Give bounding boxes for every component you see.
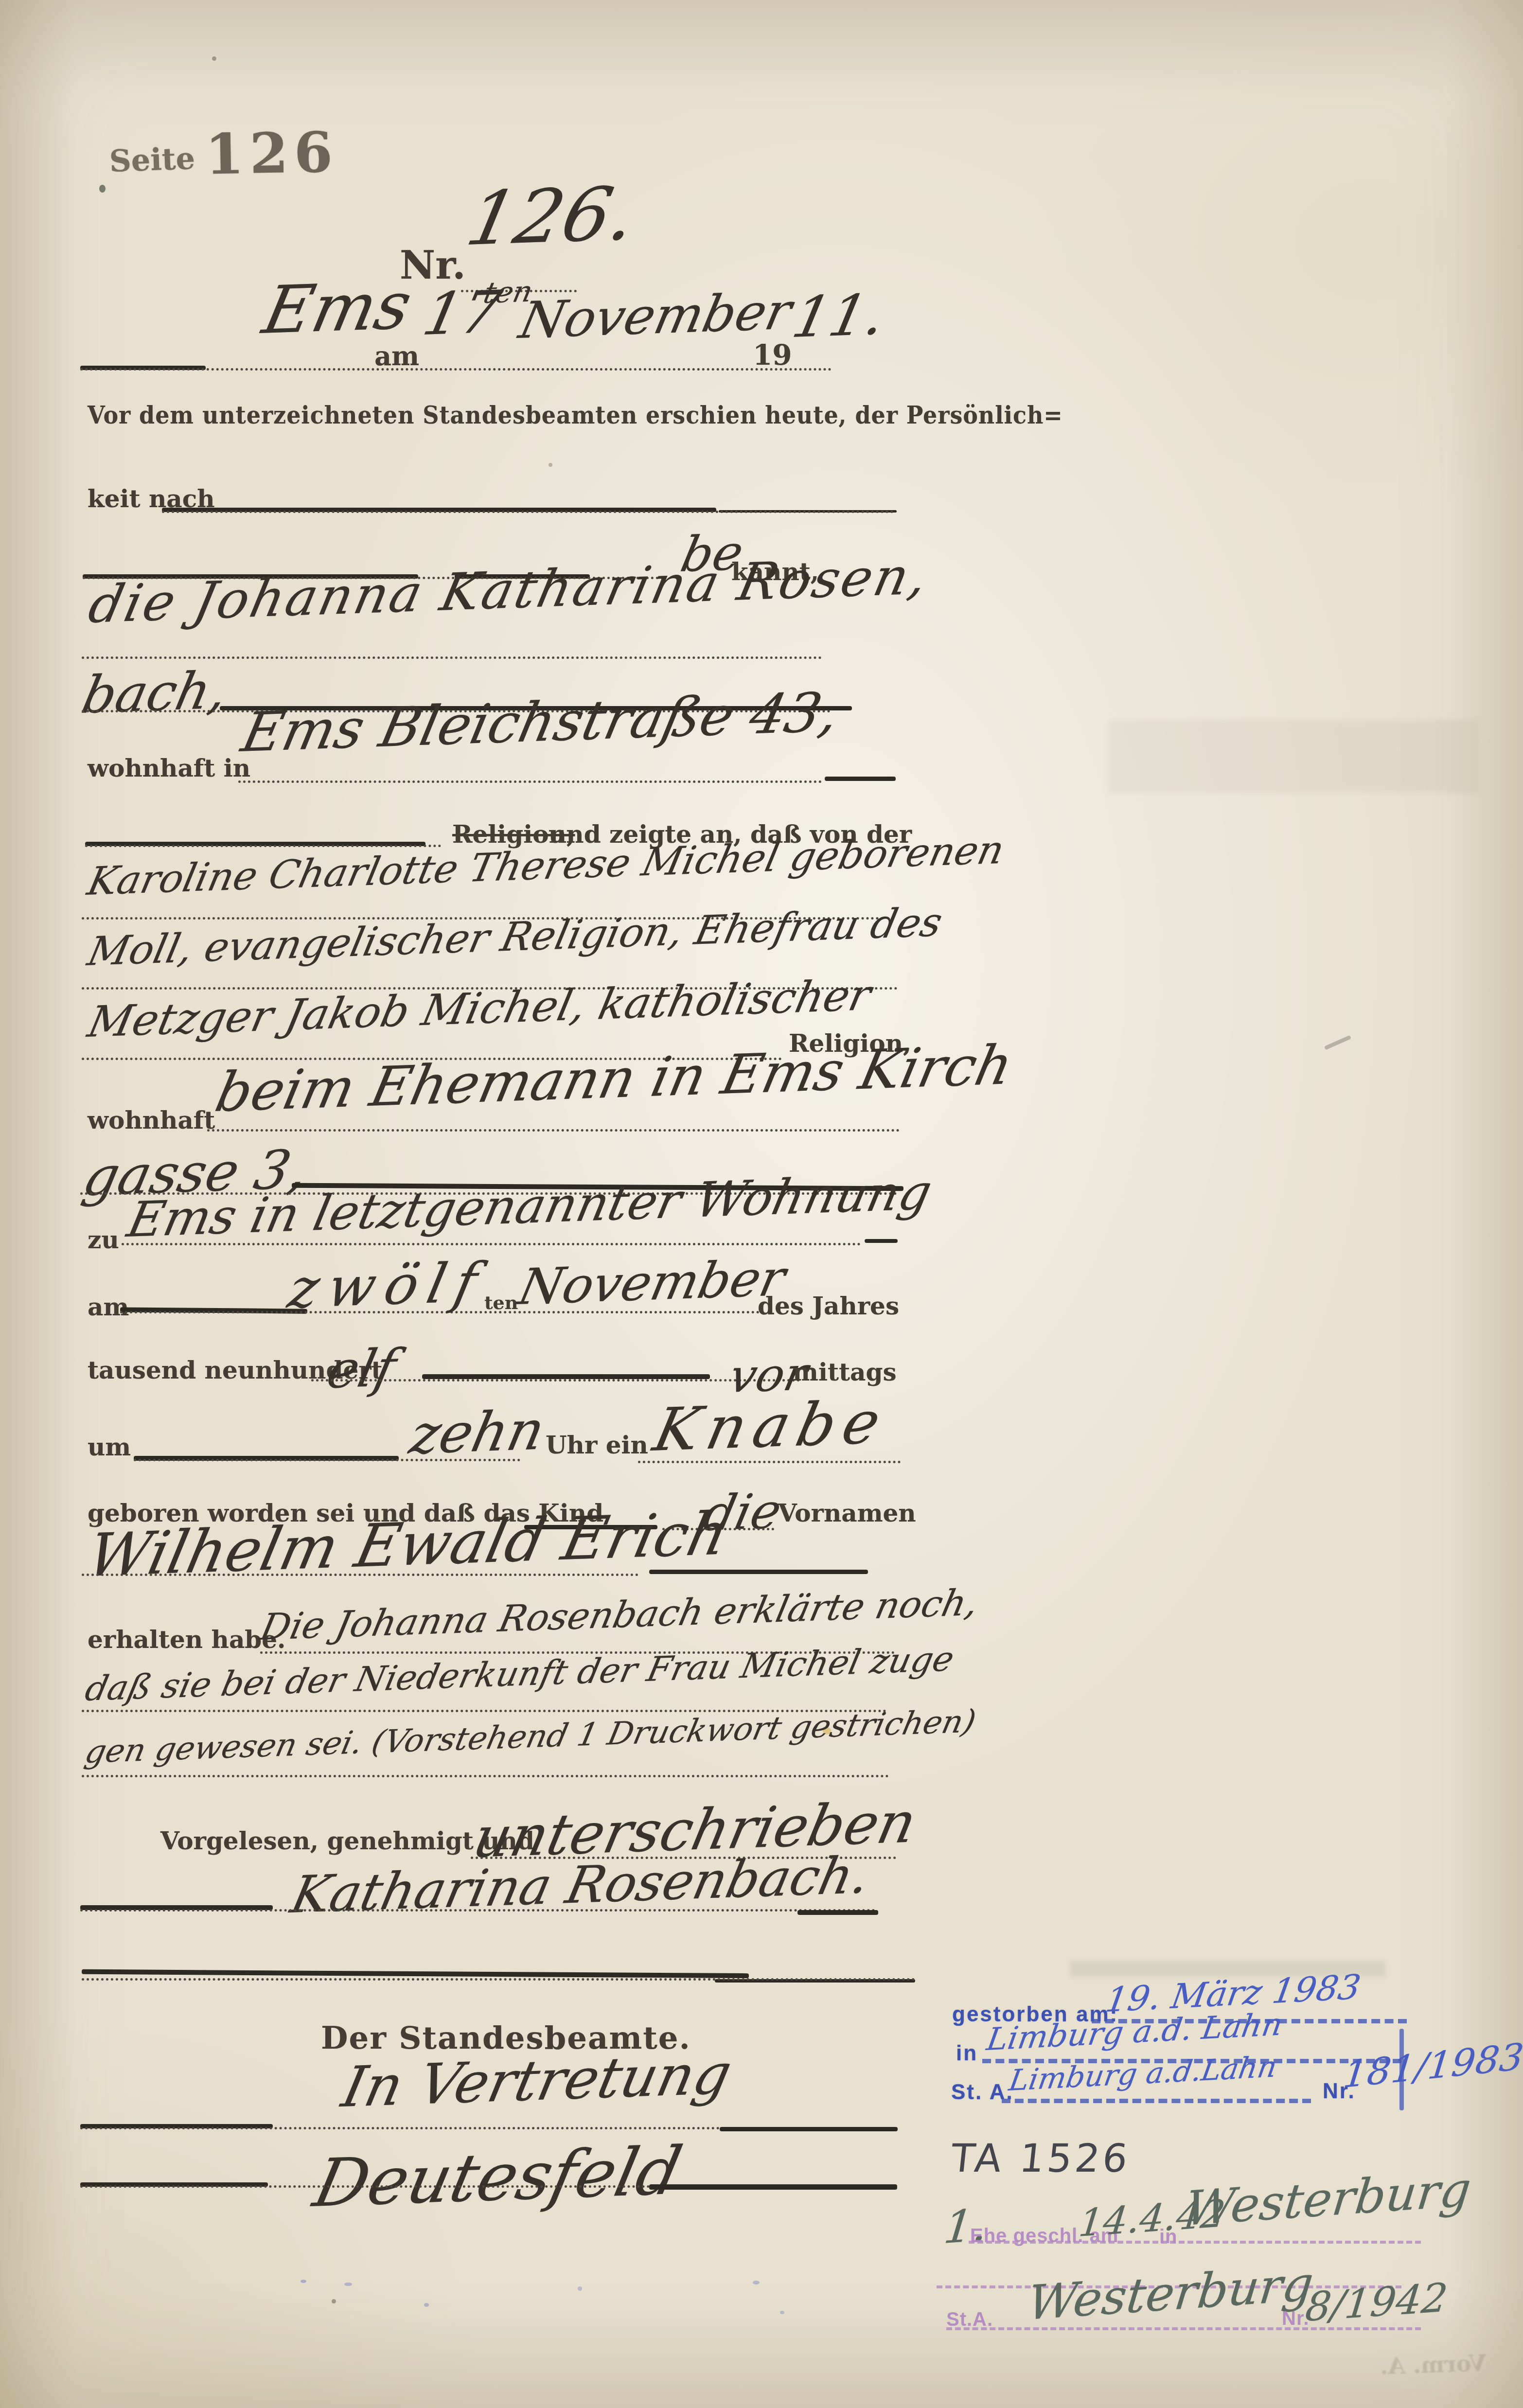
names-rule-solid [649, 1570, 868, 1574]
des-jahres-label: des Jahres [758, 1292, 899, 1320]
death-stamp-nr-value: 181/1983 [1341, 2035, 1523, 2096]
dateline-rule [80, 368, 832, 371]
declarant-rule1 [82, 656, 822, 659]
deputy-rule-solid-right [720, 2127, 898, 2131]
year-rule [311, 1379, 800, 1381]
religion-blank-rule [85, 845, 441, 847]
names-rule [82, 1574, 638, 1576]
birth-register-page: Seite 126 Nr. 126. Ems am 17 ten Novembe… [0, 0, 1523, 2408]
residence-rule-solid [825, 777, 896, 781]
birthdate-day: zwölf [283, 1251, 493, 1321]
bleedthrough-ghost-text: Vorm. A. [1380, 2350, 1487, 2380]
paper-speck [212, 56, 216, 61]
dateline-year-hand: 11. [787, 282, 891, 351]
declarant-name-line2: bach, [77, 660, 233, 725]
archive-note: TA 1526 [949, 2136, 1133, 2181]
registrar-rule-solid-right [649, 2184, 897, 2190]
dateline-year-printed: 19 [753, 338, 792, 372]
time-hour: zehn [405, 1399, 550, 1467]
declarant-residence: Ems Bleichstraße 43, [236, 681, 845, 764]
intro-line1: Vor dem unterzeichneten Standesbeamten e… [88, 401, 1063, 429]
sex-rule [638, 1461, 901, 1463]
signature-rule [80, 1909, 875, 1912]
declarant-signature: Katharina Rosenbach. [286, 1845, 875, 1925]
birthplace-rule [122, 1243, 861, 1245]
dateline-am-label: am [374, 340, 419, 372]
declaration-line3: gen gewesen sei. (Vorstehend 1 Druckwort… [82, 1703, 979, 1771]
marriage-in-label: in [1159, 2226, 1178, 2248]
ink-speck-blue [780, 2311, 784, 2314]
section-divider-rule [82, 1978, 915, 1981]
marriage-sta-place-hand: Westerburg [1025, 2256, 1316, 2331]
death-stamp-sta-value: Limburg a.d.Lahn [1007, 2050, 1279, 2098]
paper-speck [549, 463, 552, 467]
declaration-line1: Die Johanna Rosenbach erklärte noch, [257, 1581, 982, 1648]
marriage-nr-value-hand: 8/1942 [1303, 2275, 1450, 2331]
ink-speck-blue [301, 2280, 306, 2283]
uhr-ein-label: Uhr ein [546, 1431, 648, 1459]
residence2-line1: beim Ehemann in Ems Kirch [210, 1034, 1018, 1124]
marriage-place-hand: Westerburg [1183, 2162, 1474, 2237]
birthdate-ten-label: ten [484, 1292, 518, 1313]
marriage-rule1 [969, 2241, 1421, 2244]
residence-label: wohnhaft in [88, 754, 250, 782]
father-line: Metzger Jakob Michel, katholischer [84, 970, 875, 1047]
registrar-deputy-hand: In Vertretung [336, 2042, 737, 2120]
page-number-stamp-value: 126 [205, 120, 339, 187]
mittags-label: mittags [793, 1358, 897, 1386]
record-number-value: 126. [460, 170, 644, 262]
identity-rule [162, 511, 894, 513]
ink-smudge [1324, 1035, 1351, 1050]
dateline-place: Ems [257, 267, 418, 349]
registrar-signature: Deutesfeld [307, 2133, 688, 2222]
bleedthrough-smear [1109, 720, 1478, 793]
residence2-rule [207, 1129, 900, 1132]
vornamen-label: Vornamen [778, 1499, 916, 1527]
signature-rule-solid-right [797, 1910, 878, 1915]
birthplace-rule-dash [865, 1239, 898, 1243]
year-value: elf [322, 1338, 401, 1400]
ink-speck [332, 2299, 336, 2303]
declaration-rule3 [82, 1775, 889, 1777]
time-um-label: um [88, 1433, 131, 1461]
page-number-stamp-label: Seite [109, 141, 195, 179]
ink-speck-blue [753, 2281, 760, 2284]
ink-speck-blue [424, 2303, 429, 2307]
child-sex: Knabe [648, 1388, 894, 1465]
paper-speck [99, 185, 106, 193]
erhalten-label: erhalten habe. [88, 1625, 286, 1654]
death-stamp-in-label: in [956, 2041, 978, 2066]
residence-rule [238, 780, 822, 783]
birthdate-month: November [514, 1249, 791, 1316]
death-stamp-rule3 [1002, 2099, 1311, 2103]
section-divider-solid [82, 1969, 749, 1978]
ink-speck-blue [578, 2286, 582, 2291]
mother-line2: Moll, evangelischer Religion, Ehefrau de… [84, 899, 946, 975]
year-blank-solid [422, 1374, 710, 1379]
ink-speck-blue [344, 2283, 352, 2286]
birthplace-label: zu [88, 1225, 119, 1254]
declarant-name-line1: die Johanna Katharina Rosen, [84, 546, 935, 635]
marriage-rule2 [946, 2327, 1421, 2330]
residence2-label: wohnhaft [88, 1106, 215, 1134]
